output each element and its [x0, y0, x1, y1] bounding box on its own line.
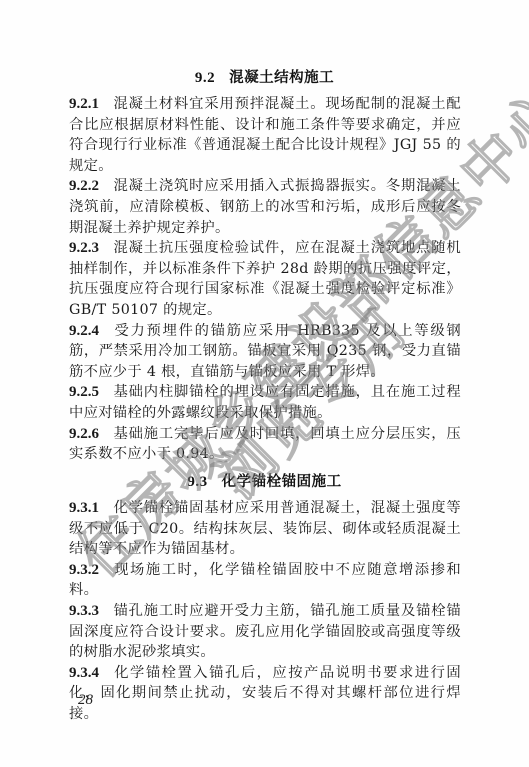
clause-number: 9.2.6 — [69, 426, 99, 442]
clause-9-2-4: 9.2.4受力预埋件的锚筋应采用 HRB335 及以上等级钢筋，严禁采用冷加工钢… — [69, 321, 461, 383]
clause-9-3-1: 9.3.1化学锚栓锚固基材应采用普通混凝土，混凝土强度等级不应低于 C20。结构… — [69, 498, 461, 560]
clause-number: 9.3.3 — [69, 603, 99, 619]
clause-text: 混凝土材料宜采用预拌混凝土。现场配制的混凝土配合比应根据原材料性能、设计和施工条… — [69, 96, 461, 174]
clause-9-2-6: 9.2.6基础施工完毕后应及时回填，回填土应分层压实，压实系数不应小于 0.94… — [69, 424, 461, 465]
clause-number: 9.3.4 — [69, 665, 99, 681]
section-number: 9.3 — [187, 474, 207, 490]
clause-number: 9.3.1 — [69, 500, 99, 516]
clause-text: 化学锚栓置入锚孔后，应按产品说明书要求进行固化，固化期间禁止扰动，安装后不得对其… — [69, 665, 461, 722]
section-number: 9.2 — [195, 70, 215, 86]
clause-number: 9.2.4 — [69, 323, 99, 339]
clause-9-2-2: 9.2.2混凝土浇筑时应采用插入式振捣器振实。冬期混凝土浇筑前，应清除模板、钢筋… — [69, 176, 461, 238]
section-heading-9-3: 9.3化学锚栓锚固施工 — [0, 470, 529, 491]
clause-number: 9.3.2 — [69, 562, 99, 578]
section-title: 化学锚栓锚固施工 — [222, 474, 342, 490]
clause-number: 9.2.2 — [69, 178, 99, 194]
section-heading-9-2: 9.2混凝土结构施工 — [0, 66, 529, 87]
section-body-9-3: 9.3.1化学锚栓锚固基材应采用普通混凝土，混凝土强度等级不应低于 C20。结构… — [69, 498, 461, 725]
clause-text: 基础内柱脚锚栓的埋设应有固定措施，且在施工过程中应对锚栓的外露螺纹段采取保护措施… — [69, 384, 461, 421]
document-page: 9.2混凝土结构施工 9.2.1混凝土材料宜采用预拌混凝土。现场配制的混凝土配合… — [0, 0, 529, 767]
clause-9-2-1: 9.2.1混凝土材料宜采用预拌混凝土。现场配制的混凝土配合比应根据原材料性能、设… — [69, 94, 461, 176]
clause-text: 锚孔施工时应避开受力主筋，锚孔施工质量及锚栓锚固深度应符合设计要求。废孔应用化学… — [69, 603, 461, 660]
clause-text: 混凝土抗压强度检验试件，应在混凝土浇筑地点随机抽样制作，并以标准条件下养护 28… — [69, 240, 461, 318]
clause-number: 9.2.3 — [69, 240, 99, 256]
clause-9-3-3: 9.3.3锚孔施工时应避开受力主筋，锚孔施工质量及锚栓锚固深度应符合设计要求。废… — [69, 601, 461, 663]
clause-9-3-2: 9.3.2现场施工时，化学锚栓锚固胶中不应随意增添掺和料。 — [69, 560, 461, 601]
clause-9-2-3: 9.2.3混凝土抗压强度检验试件，应在混凝土浇筑地点随机抽样制作，并以标准条件下… — [69, 238, 461, 320]
clause-text: 混凝土浇筑时应采用插入式振捣器振实。冬期混凝土浇筑前，应清除模板、钢筋上的冰雪和… — [69, 178, 461, 235]
clause-text: 受力预埋件的锚筋应采用 HRB335 及以上等级钢筋，严禁采用冷加工钢筋。锚板宜… — [69, 323, 461, 380]
clause-text: 基础施工完毕后应及时回填，回填土应分层压实，压实系数不应小于 0.94。 — [69, 426, 461, 463]
section-title: 混凝土结构施工 — [229, 70, 334, 86]
clause-9-2-5: 9.2.5基础内柱脚锚栓的埋设应有固定措施，且在施工过程中应对锚栓的外露螺纹段采… — [69, 382, 461, 423]
clause-text: 化学锚栓锚固基材应采用普通混凝土，混凝土强度等级不应低于 C20。结构抹灰层、装… — [69, 500, 461, 557]
clause-text: 现场施工时，化学锚栓锚固胶中不应随意增添掺和料。 — [69, 562, 461, 599]
page-number: 28 — [78, 692, 93, 709]
clause-9-3-4: 9.3.4化学锚栓置入锚孔后，应按产品说明书要求进行固化，固化期间禁止扰动，安装… — [69, 663, 461, 725]
section-body-9-2: 9.2.1混凝土材料宜采用预拌混凝土。现场配制的混凝土配合比应根据原材料性能、设… — [69, 94, 461, 465]
clause-number: 9.2.1 — [69, 96, 99, 112]
clause-number: 9.2.5 — [69, 384, 99, 400]
